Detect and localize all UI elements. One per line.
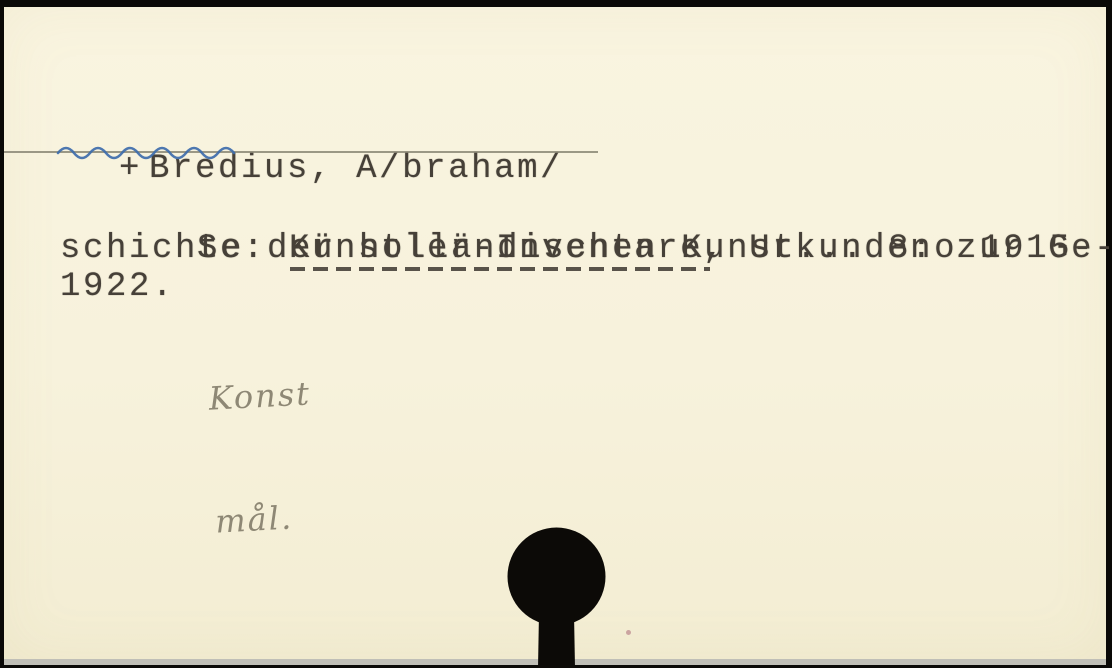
annotation-line-2: mål.	[214, 496, 318, 542]
blue-wavy-underline-icon	[55, 144, 243, 160]
handwritten-annotation: Konst mål.	[203, 292, 322, 625]
scanned-catalog-card-image: +Bredius, A/braham/ Se: Künstler-Inventa…	[0, 0, 1112, 668]
author-forename: A/braham/	[333, 150, 563, 188]
reference-line-2: schichte der holländischen Kunst... 8:o …	[60, 230, 1095, 268]
paper-speck	[626, 630, 631, 635]
reference-line-3: 1922.	[60, 268, 175, 306]
punch-hole	[495, 520, 620, 668]
annotation-line-1: Konst	[208, 373, 312, 419]
